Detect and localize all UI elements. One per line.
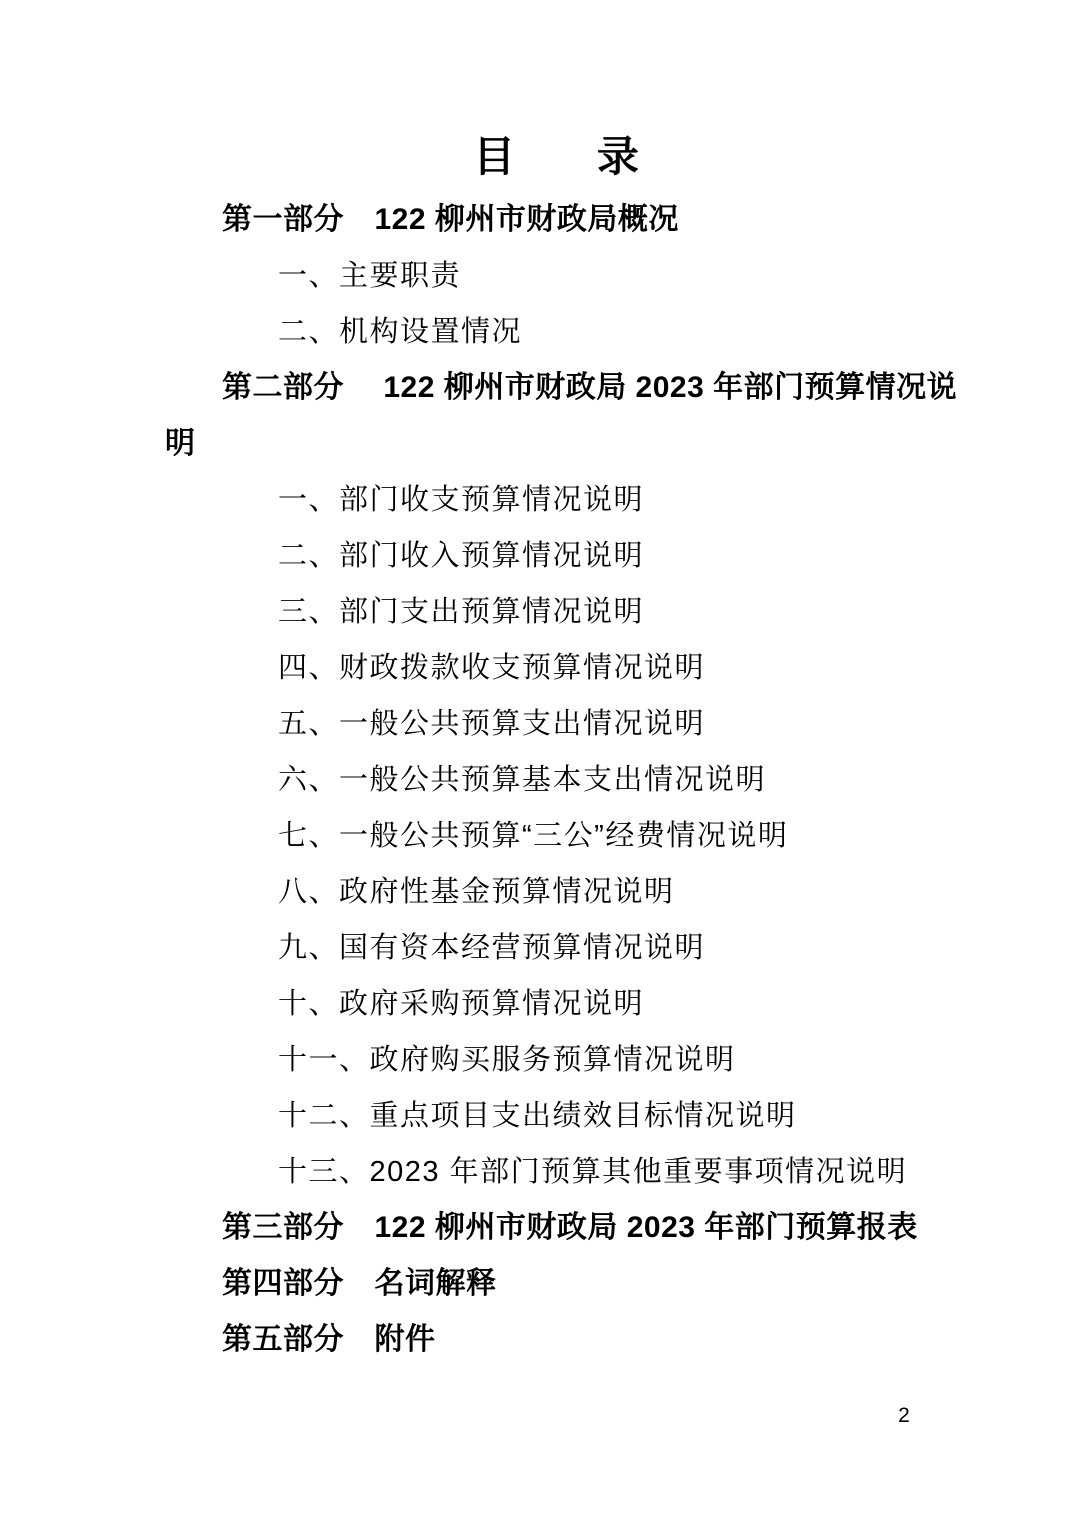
toc-section-1: 第一部分 122 柳州市财政局概况	[165, 192, 925, 248]
toc-item-2-12: 十二、重点项目支出绩效目标情况说明	[165, 1088, 925, 1144]
toc-item-2-3: 三、部门支出预算情况说明	[165, 584, 925, 640]
document-page: 目 录 第一部分 122 柳州市财政局概况 一、主要职责 二、机构设置情况 第二…	[0, 0, 1075, 1520]
toc-section-3: 第三部分 122 柳州市财政局 2023 年部门预算报表	[165, 1200, 925, 1256]
toc-item-2-5: 五、一般公共预算支出情况说明	[165, 696, 925, 752]
toc-item-2-2: 二、部门收入预算情况说明	[165, 528, 925, 584]
toc-section-2-line1: 第二部分 122 柳州市财政局 2023 年部门预算情况说	[165, 360, 925, 416]
toc-item-1-1: 一、主要职责	[165, 248, 925, 304]
page-number: 2	[884, 1404, 924, 1428]
toc-item-2-1: 一、部门收支预算情况说明	[165, 472, 925, 528]
toc-section-5: 第五部分 附件	[165, 1312, 925, 1368]
toc-item-2-6: 六、一般公共预算基本支出情况说明	[165, 752, 925, 808]
toc-section-4: 第四部分 名词解释	[165, 1256, 925, 1312]
toc-item-2-10: 十、政府采购预算情况说明	[165, 976, 925, 1032]
toc-title: 目 录	[165, 122, 925, 192]
toc-section-2-line2: 明	[165, 416, 925, 472]
toc-item-2-13: 十三、2023 年部门预算其他重要事项情况说明	[165, 1144, 925, 1200]
toc-item-2-4: 四、财政拨款收支预算情况说明	[165, 640, 925, 696]
toc-item-2-8: 八、政府性基金预算情况说明	[165, 864, 925, 920]
table-of-contents: 目 录 第一部分 122 柳州市财政局概况 一、主要职责 二、机构设置情况 第二…	[165, 122, 925, 1368]
toc-item-2-11: 十一、政府购买服务预算情况说明	[165, 1032, 925, 1088]
toc-item-1-2: 二、机构设置情况	[165, 304, 925, 360]
toc-item-2-9: 九、国有资本经营预算情况说明	[165, 920, 925, 976]
toc-item-2-7: 七、一般公共预算“三公”经费情况说明	[165, 808, 925, 864]
